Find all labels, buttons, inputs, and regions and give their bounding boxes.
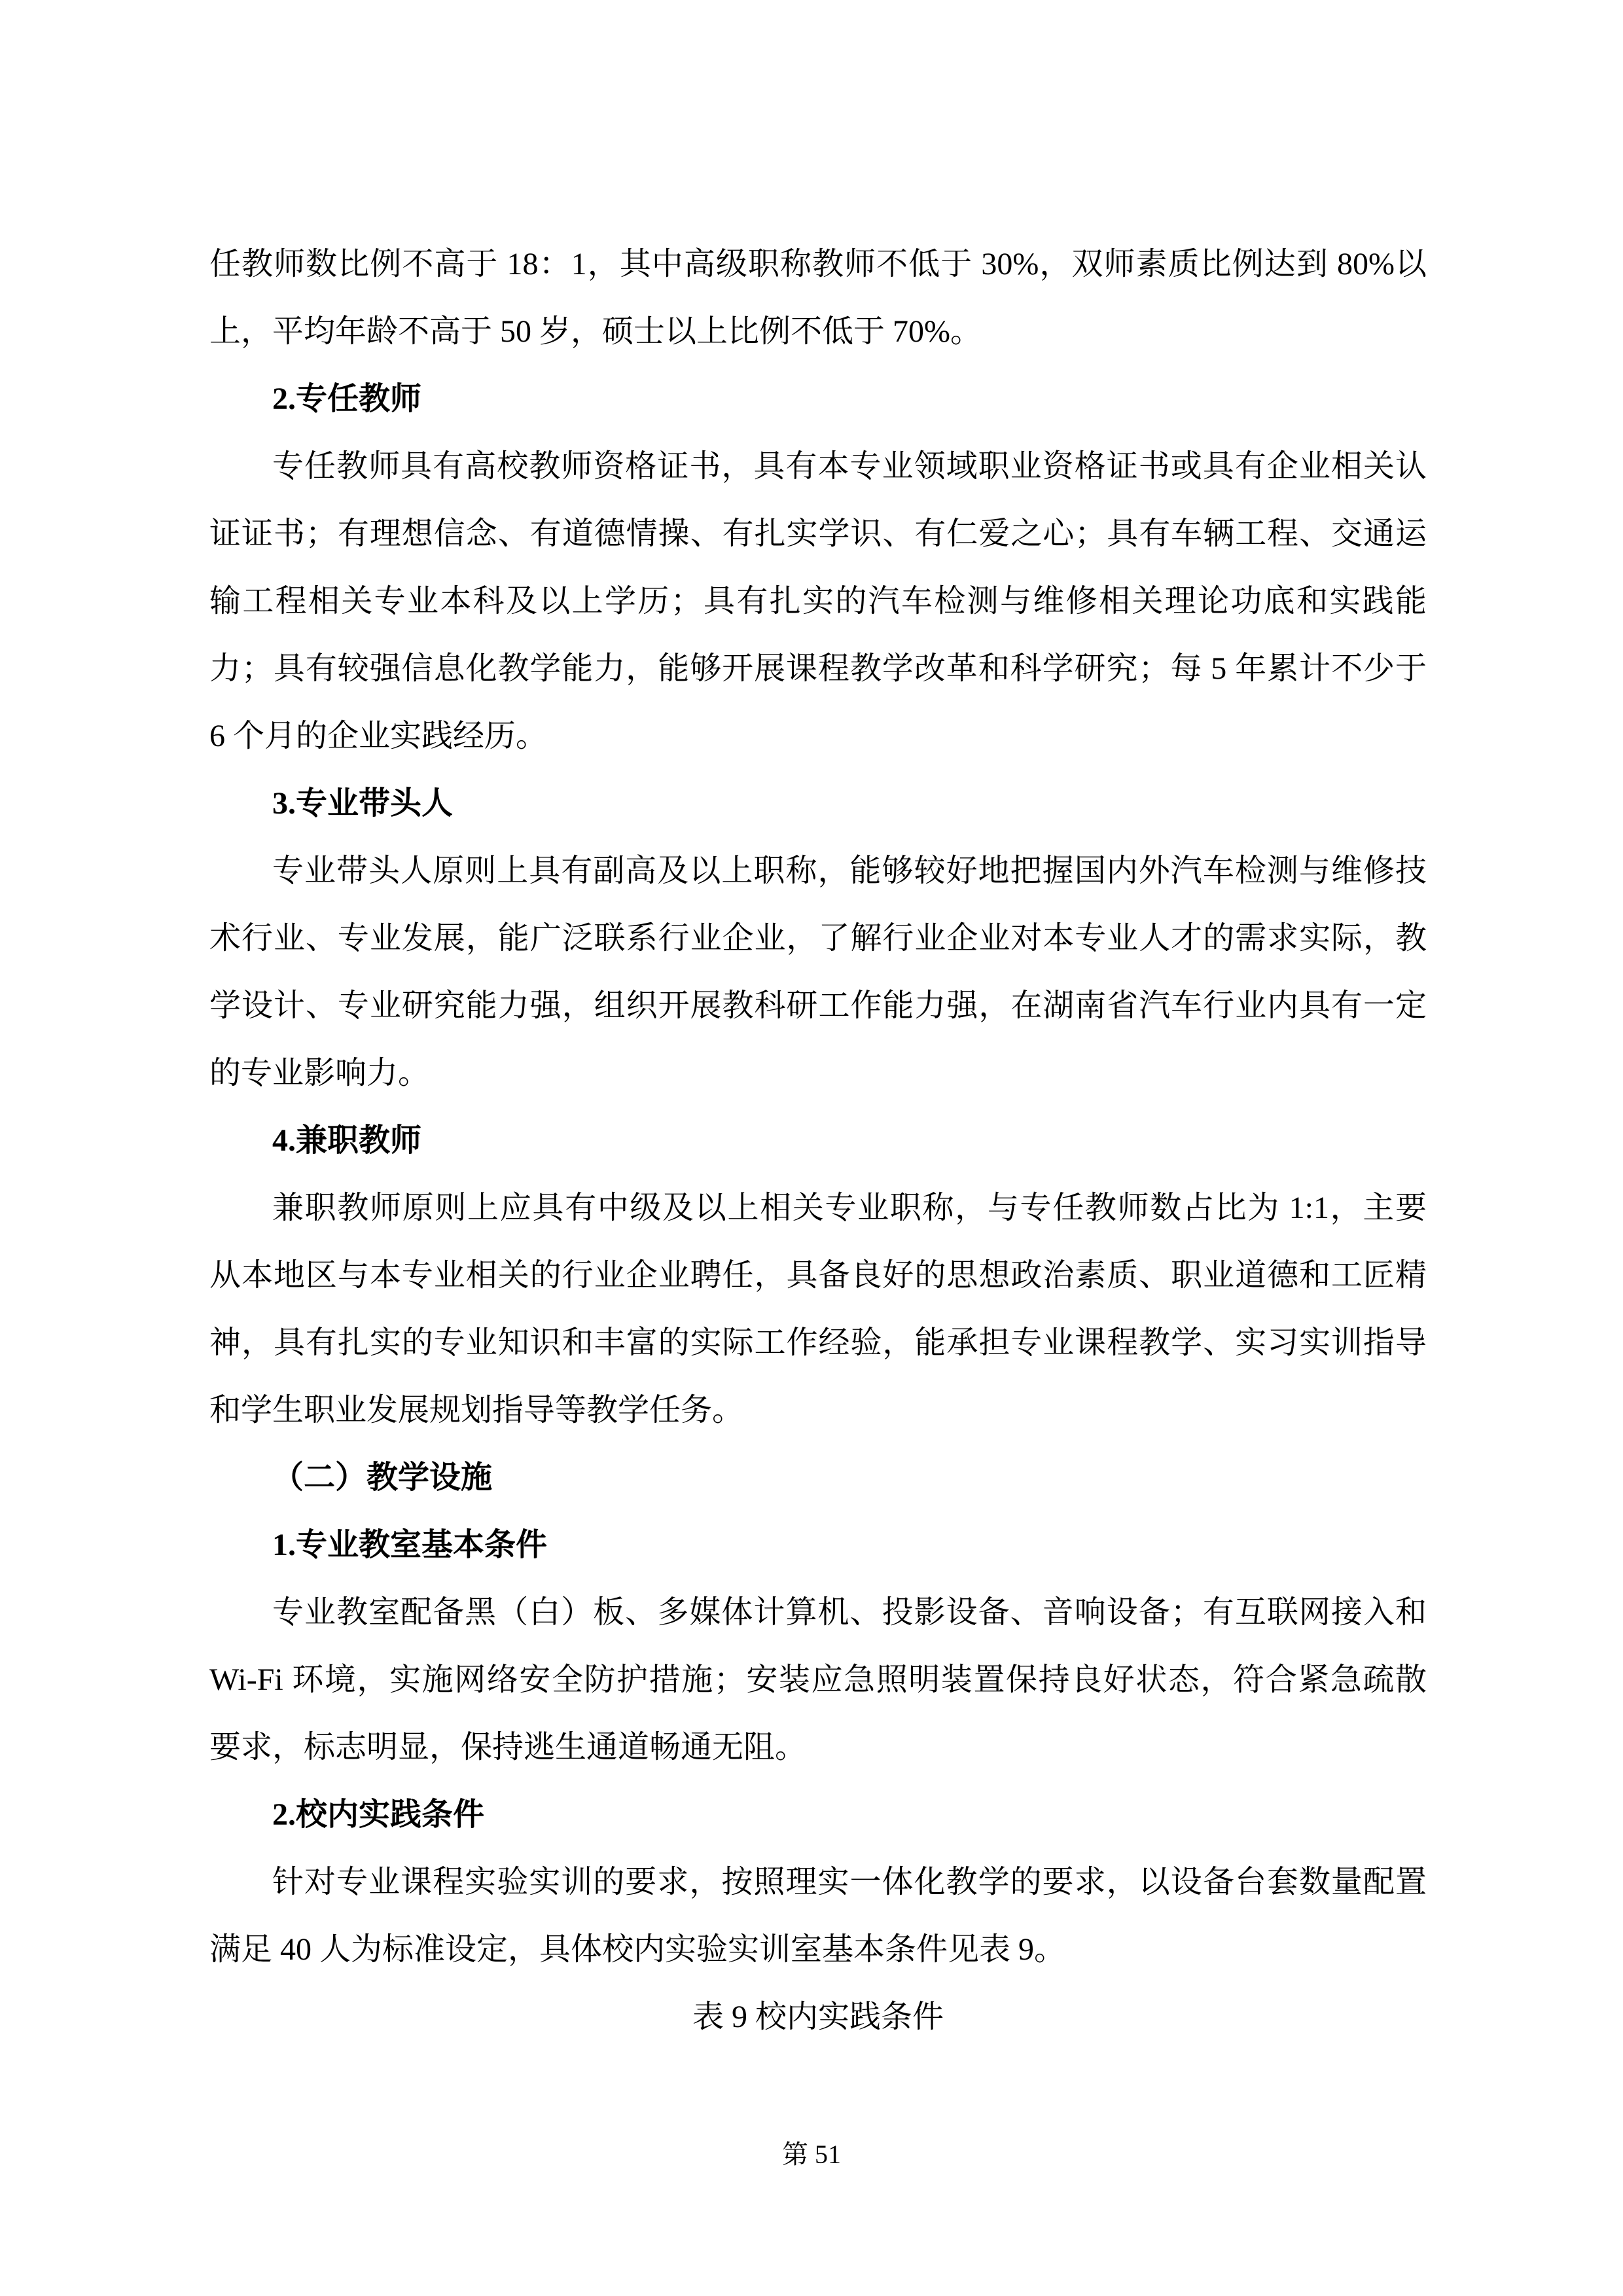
paragraph-line: 要求，标志明显，保持逃生通道畅通无阻。	[209, 1713, 1427, 1781]
paragraph-line: 专业带头人原则上具有副高及以上职称，能够较好地把握国内外汽车检测与维修技	[209, 837, 1427, 905]
page-number: 第 51	[0, 2139, 1623, 2170]
paragraph-line: 满足 40 人为标准设定，具体校内实验实训室基本条件见表 9。	[209, 1916, 1427, 1983]
paragraph-line: 专业教室配备黑（白）板、多媒体计算机、投影设备、音响设备；有互联网接入和	[209, 1579, 1427, 1646]
paragraph-line: 针对专业课程实验实训的要求，按照理实一体化教学的要求，以设备台套数量配置	[209, 1848, 1427, 1916]
section-heading: 1.专业教室基本条件	[209, 1511, 1427, 1579]
paragraph-line: Wi-Fi 环境，实施网络安全防护措施；安装应急照明装置保持良好状态，符合紧急疏…	[209, 1646, 1427, 1713]
document-page: 任教师数比例不高于 18：1，其中高级职称教师不低于 30%，双师素质比例达到 …	[0, 0, 1623, 2296]
table-caption: 表 9 校内实践条件	[209, 1983, 1427, 2051]
paragraph-line: 的专业影响力。	[209, 1039, 1427, 1107]
section-heading: 4.兼职教师	[209, 1107, 1427, 1174]
paragraph-line: 学设计、专业研究能力强，组织开展教科研工作能力强，在湖南省汽车行业内具有一定	[209, 972, 1427, 1039]
paragraph-line: 和学生职业发展规划指导等教学任务。	[209, 1376, 1427, 1444]
paragraph-line: 力；具有较强信息化教学能力，能够开展课程教学改革和科学研究；每 5 年累计不少于	[209, 635, 1427, 702]
paragraph-line: 6 个月的企业实践经历。	[209, 702, 1427, 770]
paragraph-line: 输工程相关专业本科及以上学历；具有扎实的汽车检测与维修相关理论功底和实践能	[209, 567, 1427, 635]
paragraph-line: 证证书；有理想信念、有道德情操、有扎实学识、有仁爱之心；具有车辆工程、交通运	[209, 500, 1427, 567]
page-body: 任教师数比例不高于 18：1，其中高级职称教师不低于 30%，双师素质比例达到 …	[209, 230, 1427, 2051]
paragraph-line: 兼职教师原则上应具有中级及以上相关专业职称，与专任教师数占比为 1:1，主要	[209, 1174, 1427, 1242]
paragraph-line: 专任教师具有高校教师资格证书，具有本专业领域职业资格证书或具有企业相关认	[209, 433, 1427, 500]
paragraph-line: 术行业、专业发展，能广泛联系行业企业，了解行业企业对本专业人才的需求实际，教	[209, 905, 1427, 972]
section-heading: （二）教学设施	[209, 1444, 1427, 1511]
paragraph-line: 任教师数比例不高于 18：1，其中高级职称教师不低于 30%，双师素质比例达到 …	[209, 230, 1427, 298]
paragraph-line: 上，平均年龄不高于 50 岁，硕士以上比例不低于 70%。	[209, 298, 1427, 365]
section-heading: 2.校内实践条件	[209, 1781, 1427, 1848]
paragraph-line: 神，具有扎实的专业知识和丰富的实际工作经验，能承担专业课程教学、实习实训指导	[209, 1309, 1427, 1376]
section-heading: 2.专任教师	[209, 365, 1427, 433]
section-heading: 3.专业带头人	[209, 770, 1427, 837]
paragraph-line: 从本地区与本专业相关的行业企业聘任，具备良好的思想政治素质、职业道德和工匠精	[209, 1242, 1427, 1309]
